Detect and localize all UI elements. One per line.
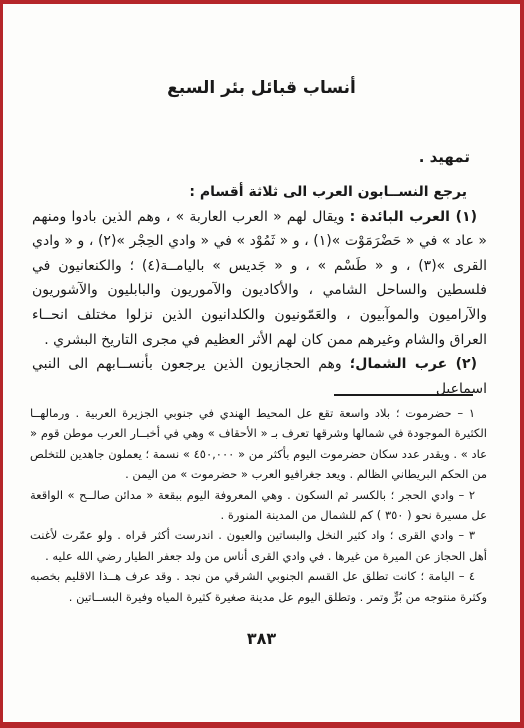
section-heading-tamhid: تمهيد . xyxy=(419,148,470,166)
page-number: ٣٨٣ xyxy=(3,629,520,648)
paragraph-extinct-arabs-lead: (١) العرب البائدة : xyxy=(350,209,477,225)
paragraph-extinct-arabs-text: ويقال لهم « العرب العاربة » ، وهم الذين … xyxy=(32,209,487,348)
paragraph-extinct-arabs: (١) العرب البائدة : ويقال لهم « العرب ال… xyxy=(32,205,487,353)
footnote-hadramaut: ١ – حضرموت ؛ بلاد واسعة تقع عل المحيط ال… xyxy=(30,403,487,485)
intro-line: يرجع النســابون العرب الى ثلاثة أقسام : xyxy=(32,180,487,205)
paragraph-north-arabs-lead: (٢) عرب الشمال؛ xyxy=(350,356,477,372)
scanned-book-page: أنساب قبائل بئر السبع تمهيد . يرجع النسـ… xyxy=(0,0,524,728)
footnotes-block: ١ – حضرموت ؛ بلاد واسعة تقع عل المحيط ال… xyxy=(30,403,487,607)
footnote-separator xyxy=(334,394,473,396)
footnote-wadi-alhijr: ٢ – وادي الحجر ؛ بالكسر ثم السكون . وهي … xyxy=(30,485,487,526)
body-text-block: يرجع النســابون العرب الى ثلاثة أقسام : … xyxy=(32,180,487,401)
page-title: أنساب قبائل بئر السبع xyxy=(3,78,520,98)
footnote-wadi-alqura: ٣ – وادي القرى ؛ واد كثير النخل والبساتي… xyxy=(30,525,487,566)
footnote-alyamama: ٤ – اليامة ؛ كانت تطلق عل القسم الجنوبي … xyxy=(30,566,487,607)
